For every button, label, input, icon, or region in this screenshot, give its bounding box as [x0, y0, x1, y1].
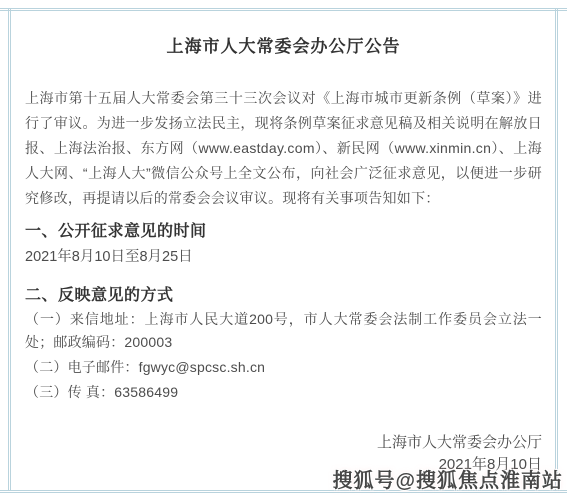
contact-mail-address: （一）来信地址：上海市人民大道200号，市人大常委会法制工作委员会立法一处；邮政… [25, 308, 542, 354]
announcement-document: 上海市人大常委会办公厅公告 上海市第十五届人大常委会第三十三次会议对《上海市城市… [25, 36, 542, 476]
sohu-watermark: 搜狐号@搜狐焦点淮南站 [332, 464, 563, 493]
contact-fax: （三）传 真：63586499 [25, 381, 542, 404]
section-1-heading: 一、公开征求意见的时间 [25, 221, 542, 242]
page-title: 上海市人大常委会办公厅公告 [25, 36, 542, 58]
section-2-heading: 二、反映意见的方式 [25, 285, 542, 306]
comment-period-dates: 2021年8月10日至8月25日 [25, 245, 542, 269]
frame-border-left [8, 9, 11, 491]
frame-border-right [555, 9, 558, 491]
announcement-intro: 上海市第十五届人大常委会第三十三次会议对《上海市城市更新条例（草案）》进行了审议… [25, 86, 542, 211]
contact-email: （二）电子邮件：fgwyc@spcsc.sh.cn [25, 356, 542, 379]
frame-border-top [0, 8, 567, 11]
signature-org: 上海市人大常委会办公厅 [25, 432, 542, 454]
